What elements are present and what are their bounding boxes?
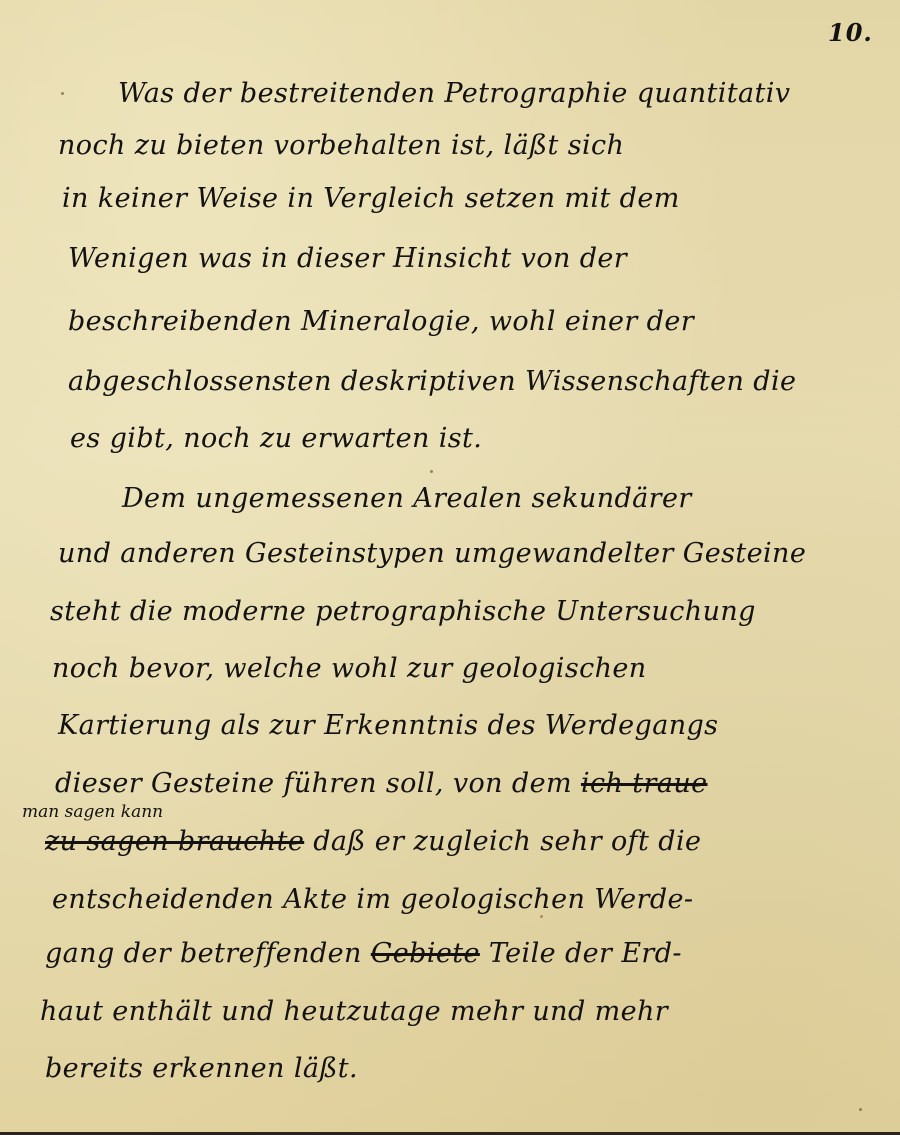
paper-speck [859,1108,862,1111]
paper-speck [61,92,64,95]
text-line-13: dieser Gesteine führen soll, von dem ich… [55,770,708,797]
text-line-4: Wenigen was in dieser Hinsicht von der [68,245,627,272]
text-line-7: es gibt, noch zu erwarten ist. [70,425,482,452]
page-number: 10. [828,18,873,47]
text-line-10: steht die moderne petrographische Unters… [50,598,756,625]
text-line-16: gang der betreffenden Gebiete Teile der … [45,940,682,967]
text-line-1: Was der bestreitenden Petrographie quant… [118,80,790,107]
text-line-2: noch zu bieten vorbehalten ist, läßt sic… [58,132,624,159]
text-line-17: haut enthält und heutzutage mehr und meh… [40,998,668,1025]
text-line-14: zu sagen brauchte daß er zugleich sehr o… [45,828,701,855]
insertion-text: man sagen kann [22,802,163,822]
line-13-text: dieser Gesteine führen soll, von dem [55,768,572,799]
line-16-part-2: Teile der Erd- [480,938,682,969]
text-line-3: in keiner Weise in Vergleich setzen mit … [62,185,680,212]
text-line-11: noch bevor, welche wohl zur geologischen [52,655,647,682]
text-line-18: bereits erkennen läßt. [45,1055,358,1082]
text-line-8: Dem ungemessenen Arealen sekundärer [122,485,692,512]
text-line-6: abgeschlossensten deskriptiven Wissensch… [68,368,796,395]
line-16-part-1: gang der betreffenden [45,938,371,969]
text-line-9: und anderen Gesteinstypen umgewandelter … [58,540,806,567]
struck-text: zu sagen brauchte [45,826,304,857]
line-14-text: daß er zugleich sehr oft die [313,826,701,857]
text-line-5: beschreibenden Mineralogie, wohl einer d… [68,308,694,335]
struck-text: Gebiete [371,938,480,969]
text-line-12: Kartierung als zur Erkenntnis des Werdeg… [58,712,718,739]
paper-speck [540,915,543,918]
manuscript-page: 10. Was der bestreitenden Petrographie q… [0,0,900,1135]
paper-speck [430,470,433,473]
text-line-15: entscheidenden Akte im geologischen Werd… [52,886,693,913]
struck-text: ich traue [581,768,708,799]
